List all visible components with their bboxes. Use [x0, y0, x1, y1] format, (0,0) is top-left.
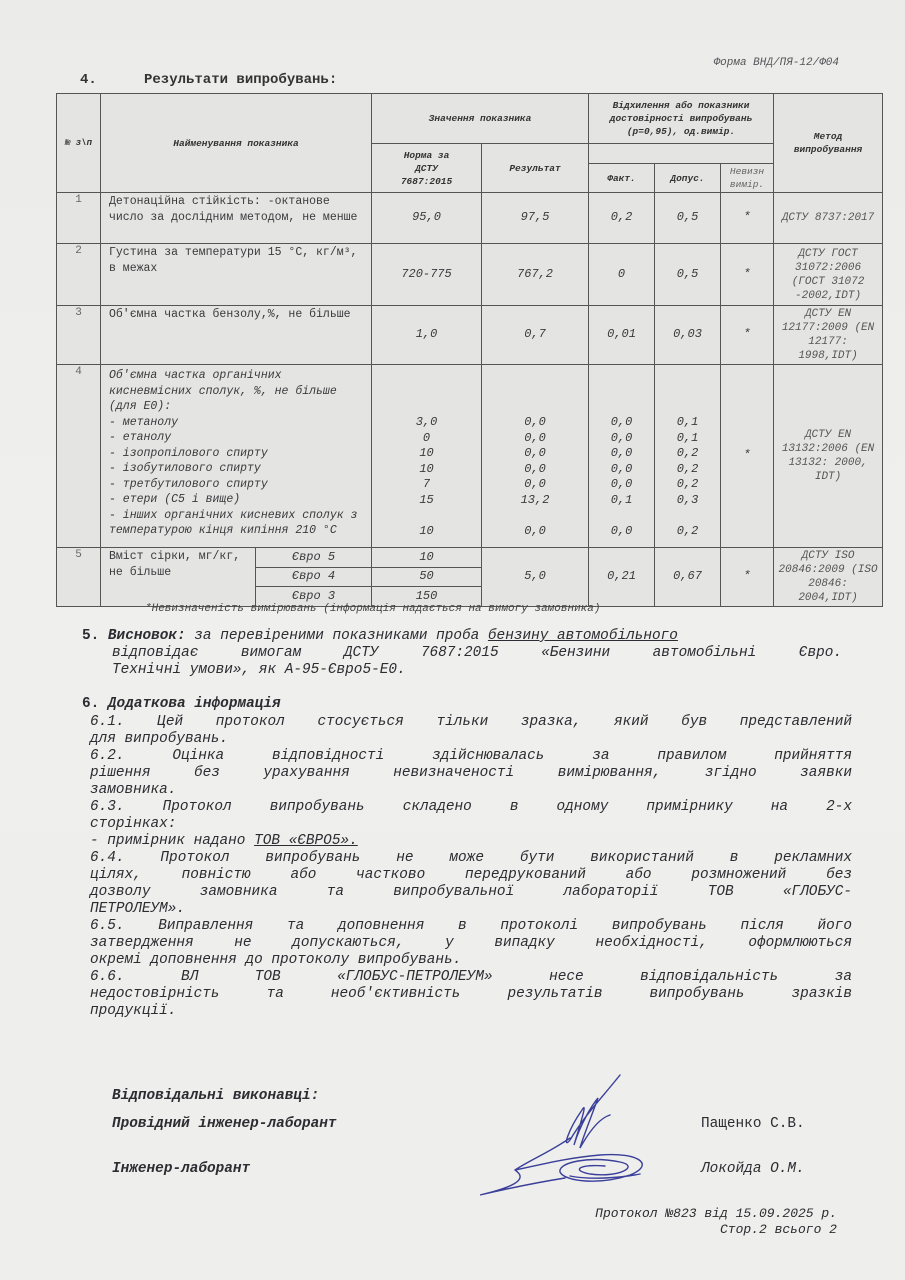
subitem-fact: 0,0	[593, 415, 650, 431]
additional-item: 6.5. Виправлення та доповнення в протоко…	[90, 918, 852, 969]
additional-item-line: ПЕТРОЛЕУМ».	[90, 901, 852, 918]
subitem-result: 13,2	[486, 493, 584, 509]
section-4-title: 4.Результати випробувань:	[80, 72, 337, 88]
row-norm: 95,0	[372, 193, 482, 244]
subitem-label: - ізопропілового спирту	[109, 446, 367, 462]
additional-item-line: 6.3. Протокол випробувань складено в одн…	[90, 799, 852, 816]
row-subitem-labels: - метанолу- етанолу- ізопропілового спир…	[109, 415, 367, 539]
additional-item-line: 6.1. Цей протокол стосується тільки зраз…	[90, 714, 852, 731]
header-value-group: Значення показника	[372, 94, 589, 144]
subitem-facts: 0,00,00,00,00,00,10,0	[593, 415, 650, 540]
role-lead-engineer: Провідний інженер-лаборант	[112, 1116, 337, 1133]
additional-item-line: продукції.	[90, 1003, 852, 1020]
conclusion-line-3: Технічні умови», як А-95-Євро5-Е0.	[82, 662, 842, 679]
row-uncertainty: *	[721, 548, 774, 607]
table-row: 4 Об'ємна частка органічних кисневмісних…	[57, 365, 883, 548]
row-num: 2	[57, 244, 101, 306]
results-table: № з\п Найменування показника Значення по…	[56, 93, 883, 607]
section-number: 4.	[80, 72, 144, 88]
subitem-result: 0,0	[486, 477, 584, 493]
row-norm: 1,0	[372, 306, 482, 365]
row-method: ДСТУ ISO 20846:2009 (ISO 20846: 2004,IDT…	[774, 548, 883, 607]
conclusion-line-2: відповідає вимогам ДСТУ 7687:2015 «Бензи…	[82, 645, 842, 662]
row-fact: 0,00,00,00,00,00,10,0	[589, 365, 655, 548]
conclusion-number: 5.	[82, 628, 99, 644]
subitem-norm: 3,0	[376, 415, 477, 431]
row-name-main: Об'ємна частка органічних кисневмісних с…	[109, 369, 337, 413]
additional-item: 6.1. Цей протокол стосується тільки зраз…	[90, 714, 852, 748]
row-num: 3	[57, 306, 101, 365]
subitem-label: - ізобутилового спирту	[109, 461, 367, 477]
additional-item-line: дозволу замовника та випробувальної лабо…	[90, 884, 852, 901]
header-fact: Факт.	[589, 164, 655, 193]
row-fact: 0,21	[589, 548, 655, 607]
row-result: 97,5	[482, 193, 589, 244]
additional-item-line: 6.2. Оцінка відповідності здійснювалась …	[90, 748, 852, 765]
row-name: Детонаційна стійкість: -октанове число з…	[101, 193, 372, 244]
additional-item-line: рішення без урахування невизначеності ви…	[90, 765, 852, 782]
additional-item-line: затвердження не допускаються, у випадку …	[90, 935, 852, 952]
subitem-norms: 3,00101071510	[376, 415, 477, 540]
additional-info-list: 6.1. Цей протокол стосується тільки зраз…	[90, 714, 852, 1020]
section-6-number: 6.	[82, 696, 99, 712]
table-row: 3 Об'ємна частка бензолу,%, не більше 1,…	[57, 306, 883, 365]
subitem-result: 0,0	[486, 462, 584, 478]
subitem-fact: 0,0	[593, 446, 650, 462]
additional-item-line: 6.6. ВЛ ТОВ «ГЛОБУС-ПЕТРОЛЕУМ» несе відп…	[90, 969, 852, 986]
subitem-fact: 0,0	[593, 477, 650, 493]
additional-item-line: замовника.	[90, 782, 852, 799]
subitem-norm: 10	[376, 462, 477, 478]
header-norm: Норма за ДСТУ 7687:2015	[372, 144, 482, 193]
subitem-allowed: 0,2	[659, 462, 716, 478]
row-method: ДСТУ 8737:2017	[774, 193, 883, 244]
subitem-fact: 0,1	[593, 493, 650, 509]
conclusion-label: Висновок:	[108, 628, 186, 644]
additional-item-line: цілях, повністю або частково передрукова…	[90, 867, 852, 884]
row-method: ДСТУ EN 13132:2006 (EN 13132: 2000, IDT)	[774, 365, 883, 548]
subitem-norm: 0	[376, 431, 477, 447]
row-uncertainty: *	[721, 306, 774, 365]
role-engineer: Інженер-лаборант	[112, 1161, 250, 1178]
additional-item: 6.4. Протокол випробувань не може бути в…	[90, 850, 852, 918]
row-fact: 0,2	[589, 193, 655, 244]
row-method: ДСТУ EN 12177:2009 (EN 12177: 1998,IDT)	[774, 306, 883, 365]
row-uncertainty: *	[721, 193, 774, 244]
subitem-norm: 15	[376, 493, 477, 509]
row-result: 5,0	[482, 548, 589, 607]
additional-item-line: - примірник надано	[90, 833, 254, 849]
subitem-allowed: 0,3	[659, 493, 716, 509]
section-title-text: Результати випробувань:	[144, 72, 337, 88]
footer: Протокол №823 від 15.09.2025 р. Стор.2 в…	[595, 1206, 837, 1238]
header-deviation-group: Відхилення або показники достовірності в…	[589, 94, 774, 144]
subitem-norm: 7	[376, 477, 477, 493]
subitem-result: 0,0	[486, 415, 584, 431]
name-engineer: Локойда О.М.	[701, 1161, 805, 1178]
row-norm: 720-775	[372, 244, 482, 306]
subitem-label: - етанолу	[109, 430, 367, 446]
row-result: 0,00,00,00,00,013,20,0	[482, 365, 589, 548]
subitem-fact: 0,0	[593, 462, 650, 478]
signature-image	[470, 1070, 670, 1200]
protocol-number: Протокол №823 від 15.09.2025 р.	[595, 1206, 837, 1222]
subitem-fact: 0,0	[593, 431, 650, 447]
subitem-label: - метанолу	[109, 415, 367, 431]
header-uncertainty: Невизн вимір.	[721, 164, 774, 193]
row-num: 1	[57, 193, 101, 244]
row-num: 5	[57, 548, 101, 607]
additional-item: 6.6. ВЛ ТОВ «ГЛОБУС-ПЕТРОЛЕУМ» несе відп…	[90, 969, 852, 1020]
row-uncertainty: *	[721, 244, 774, 306]
subitem-label: - інших органічних кисневих сполук з тем…	[109, 508, 367, 539]
subitem-allowed: 0,1	[659, 431, 716, 447]
row-method: ДСТУ ГОСТ 31072:2006 (ГОСТ 31072 -2002,I…	[774, 244, 883, 306]
subitem-allowed: 0,1	[659, 415, 716, 431]
row-name: Густина за температури 15 °С, кг/м³, в м…	[101, 244, 372, 306]
row-allowed: 0,5	[655, 244, 721, 306]
subitem-allowed: 0,2	[659, 477, 716, 493]
subitem-allowed: 0,10,10,20,20,20,30,2	[659, 415, 716, 540]
header-allowed: Допус.	[655, 164, 721, 193]
class-norm: 10	[372, 548, 482, 568]
row-num: 4	[57, 365, 101, 548]
subitem-label: - етери (С5 і вище)	[109, 492, 367, 508]
form-code: Форма ВНД/ПЯ-12/Ф04	[714, 57, 839, 69]
header-num: № з\п	[57, 94, 101, 193]
additional-item-line: окремі доповнення до протоколу випробува…	[90, 952, 852, 969]
row-allowed: 0,10,10,20,20,20,30,2	[655, 365, 721, 548]
subitem-results: 0,00,00,00,00,013,20,0	[486, 415, 584, 540]
additional-item: - примірник надано ТОВ «ЄВРО5».	[90, 833, 852, 850]
subitem-label: - третбутилового спирту	[109, 477, 367, 493]
page-number: Стор.2 всього 2	[595, 1222, 837, 1238]
row-name: Вміст сірки, мг/кг, не більше	[101, 548, 256, 607]
additional-item-line: для випробувань.	[90, 731, 852, 748]
subitem-norm: 10	[376, 446, 477, 462]
row-allowed: 0,03	[655, 306, 721, 365]
subitem-result: 0,0	[486, 446, 584, 462]
row-allowed: 0,67	[655, 548, 721, 607]
subitem-allowed: 0,2	[659, 446, 716, 462]
row-result: 767,2	[482, 244, 589, 306]
additional-item-line: недостовірність та необ'єктивність резул…	[90, 986, 852, 1003]
table-footnote: *Невизначеність вимірювань (інформація н…	[145, 603, 600, 615]
table-row: 5 Вміст сірки, мг/кг, не більше Євро 5 1…	[57, 548, 883, 568]
row-allowed: 0,5	[655, 193, 721, 244]
additional-item-line: 6.4. Протокол випробувань не може бути в…	[90, 850, 852, 867]
subitem-result: 0,0	[486, 524, 584, 540]
subitem-result: 0,0	[486, 431, 584, 447]
subitem-allowed: 0,2	[659, 524, 716, 540]
table-row: 1 Детонаційна стійкість: -октанове число…	[57, 193, 883, 244]
subitem-fact: 0,0	[593, 524, 650, 540]
header-method: Метод випробування	[774, 94, 883, 193]
name-lead-engineer: Пащенко С.В.	[701, 1116, 805, 1133]
conclusion-text: за перевіреними показниками проба	[186, 628, 488, 644]
row-norm: 3,00101071510	[372, 365, 482, 548]
responsible-title: Відповідальні виконавці:	[112, 1088, 319, 1105]
header-spacer	[589, 144, 774, 164]
header-name: Найменування показника	[101, 94, 372, 193]
row-uncertainty: *	[721, 365, 774, 548]
class-label: Євро 5	[256, 548, 372, 568]
header-result: Результат	[482, 144, 589, 193]
additional-item-line: сторінках:	[90, 816, 852, 833]
additional-item: 6.3. Протокол випробувань складено в одн…	[90, 799, 852, 833]
subitem-norm: 10	[376, 524, 477, 540]
conclusion: 5. Висновок: за перевіреними показниками…	[82, 628, 842, 679]
row-fact: 0	[589, 244, 655, 306]
additional-item-line: 6.5. Виправлення та доповнення в протоко…	[90, 918, 852, 935]
additional-item: 6.2. Оцінка відповідності здійснювалась …	[90, 748, 852, 799]
row-fact: 0,01	[589, 306, 655, 365]
row-name: Об'ємна частка бензолу,%, не більше	[101, 306, 372, 365]
table-row: 2 Густина за температури 15 °С, кг/м³, в…	[57, 244, 883, 306]
row-name: Об'ємна частка органічних кисневмісних с…	[101, 365, 372, 548]
conclusion-product: бензину автомобільного	[488, 628, 678, 644]
section-6-title: 6. Додаткова інформація	[82, 696, 281, 713]
row-result: 0,7	[482, 306, 589, 365]
document-page: Форма ВНД/ПЯ-12/Ф04 4.Результати випробу…	[0, 0, 905, 1280]
class-label: Євро 4	[256, 567, 372, 587]
class-norm: 50	[372, 567, 482, 587]
section-6-title-text: Додаткова інформація	[108, 696, 281, 712]
recipient-company: ТОВ «ЄВРО5».	[254, 833, 358, 849]
